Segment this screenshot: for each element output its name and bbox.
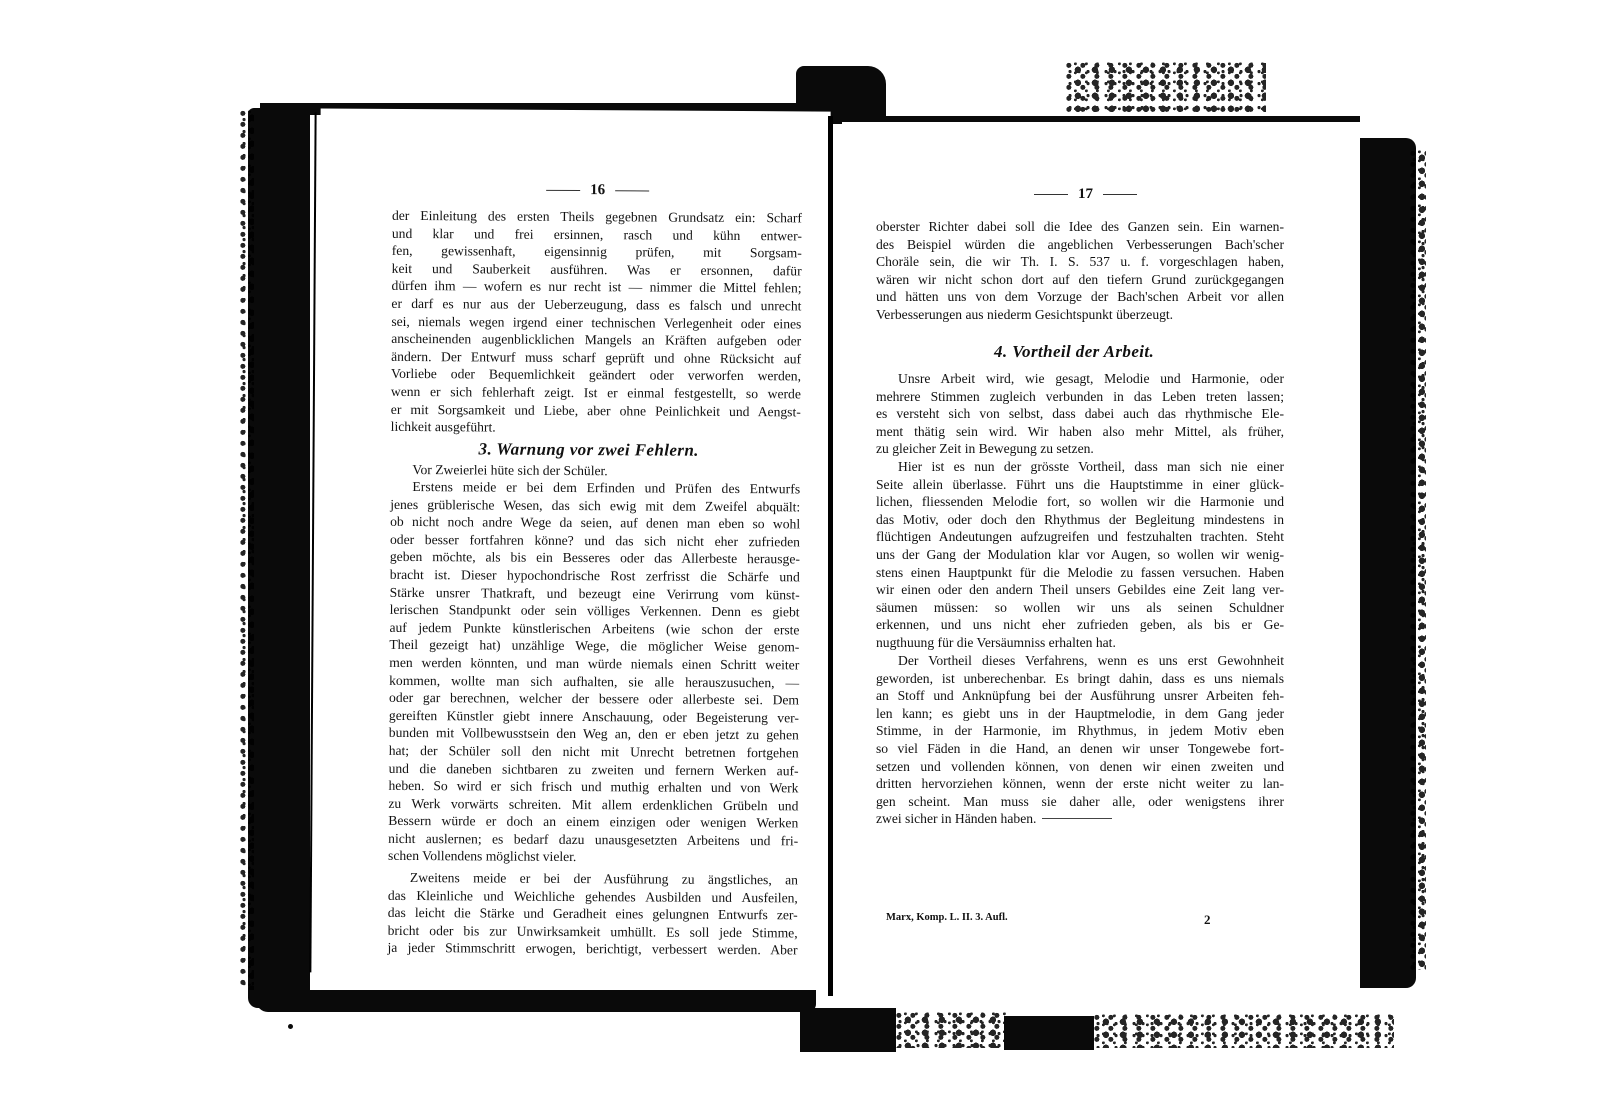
- text-line: zu gleicher Zeit in Bewegung zu setzen.: [876, 440, 1284, 458]
- text-line: Verbesserungen aus niederm Gesichtspunkt…: [876, 306, 1284, 324]
- scan-border-right: [1360, 138, 1416, 988]
- right-paragraph-1: oberster Richter dabei soll die Idee des…: [876, 218, 1284, 324]
- text-line: Zweitens meide er bei der Ausführung zu …: [388, 869, 798, 889]
- text-line: mehrere Stimmen zugleich verbunden in da…: [876, 388, 1284, 406]
- scan-border-bottom-right: [800, 1008, 896, 1052]
- text-line: säumen müssen: so wollen wir uns als sei…: [876, 599, 1284, 617]
- page-number-left: 16: [546, 182, 649, 200]
- text-line: des Beispiel würden die angeblichen Verb…: [876, 236, 1284, 254]
- dash-decoration: [1034, 194, 1068, 195]
- text-line: oberster Richter dabei soll die Idee des…: [876, 218, 1284, 236]
- footer-sheet-number: 2: [1204, 912, 1211, 928]
- text-line: Choräle sein, die wir Th. I. S. 537 u. f…: [876, 253, 1284, 271]
- book-gutter: [828, 116, 833, 996]
- text-line: Stimme, in der Harmonie, im Rhythmus, in…: [876, 722, 1284, 740]
- text-line: setzen und vollenden können, von denen w…: [876, 758, 1284, 776]
- text-line: oder gar berechnen, welcher der bessere …: [389, 689, 799, 709]
- scan-border-bottom-right-2: [1004, 1016, 1094, 1050]
- left-paragraph-4: Zweitens meide er bei der Ausführung zu …: [387, 869, 798, 959]
- scan-noise-bottom-right-2: [1094, 1014, 1394, 1048]
- text-line: schen Vollendens möglichst vieler.: [388, 847, 798, 867]
- page-number-16: 16: [590, 182, 605, 199]
- text-line: anscheinenden augenblicklichen Mangels a…: [391, 330, 801, 350]
- text-line: Bessern würde er doch an einem einzigen …: [388, 812, 798, 832]
- text-line: dritten hervorziehen können, wenn der er…: [876, 775, 1284, 793]
- section-heading-3: 3. Warnung vor zwei Fehlern.: [479, 439, 699, 460]
- dash-decoration: [615, 190, 649, 191]
- section-end-rule: [1042, 818, 1112, 819]
- text-line: wären wir nicht schon dort auf den tiefe…: [876, 271, 1284, 289]
- text-line: flüchtigen Andeutungen aufzugreifen und …: [876, 528, 1284, 546]
- text-line: zwei sicher in Händen haben.: [876, 810, 1284, 828]
- scan-border-left: [248, 108, 310, 1008]
- scan-border-bottom-left: [256, 990, 816, 1012]
- text-line: das Motiv, oder doch den Rhythmus der Be…: [876, 511, 1284, 529]
- left-paragraph-1: der Einleitung des ersten Theils gegebne…: [391, 207, 802, 438]
- text-line: so viel Fäden in die Hand, an denen wir …: [876, 740, 1284, 758]
- text-line: und hätten uns von dem Vorzuge der Bach'…: [876, 288, 1284, 306]
- text-line: lichkeit ausgeführt.: [391, 418, 801, 438]
- text-line: ment thätig sein wird. Wir haben also me…: [876, 423, 1284, 441]
- dash-decoration: [1103, 194, 1137, 195]
- text-line: ob nicht noch andre Wege da seien, auf d…: [390, 513, 800, 533]
- text-line: stens einen Hauptpunkt für die Melodie z…: [876, 564, 1284, 582]
- text-line: Hier ist es nun der grösste Vortheil, da…: [876, 458, 1284, 476]
- text-line: men werden könnten, und man würde niemal…: [389, 654, 799, 674]
- text-line: wir einen oder den andern Theil unsers G…: [876, 581, 1284, 599]
- scan-noise-top-right: [1066, 62, 1266, 120]
- text-line: lichen, fliessenden Melodie fort, so wol…: [876, 493, 1284, 511]
- text-line: heben. So wird er sich frisch und muthig…: [388, 777, 798, 797]
- right-paragraph-3: Hier ist es nun der grösste Vortheil, da…: [876, 458, 1284, 652]
- page-number-17: 17: [1078, 186, 1093, 203]
- text-line: ja jeder Stimmschritt erwogen, berichtig…: [387, 939, 797, 959]
- text-line: uns der Gang der Modulation klar vor Aug…: [876, 546, 1284, 564]
- text-line: nugthuung für die Versäumniss erhalten h…: [876, 634, 1284, 652]
- text-line: an Stoff und Anknüpfung bei der Ausführu…: [876, 687, 1284, 705]
- dash-decoration: [546, 190, 580, 191]
- text-line: Der Vortheil dieses Verfahrens, wenn es …: [876, 652, 1284, 670]
- text-line: bracht ist. Dieser hypochondrische Rost …: [390, 566, 800, 586]
- text-line: Seite allein überlasse. Führt uns die Ha…: [876, 476, 1284, 494]
- text-line: er darf es nur aus der Ueberzeugung, das…: [391, 295, 801, 315]
- scan-noise-right: [1410, 150, 1426, 970]
- text-line: Unsre Arbeit wird, wie gesagt, Melodie u…: [876, 370, 1284, 388]
- scan-noise-left: [240, 110, 254, 990]
- section-heading-4: 4. Vortheil der Arbeit.: [994, 342, 1154, 362]
- right-paragraph-2: Unsre Arbeit wird, wie gesagt, Melodie u…: [876, 370, 1284, 458]
- text-line: der Einleitung des ersten Theils gegebne…: [392, 207, 802, 227]
- left-paragraph-3: Erstens meide er bei dem Erfinden und Pr…: [388, 478, 800, 868]
- text-line: das leicht die Stärke und Geradheit eine…: [388, 904, 798, 924]
- scan-noise-bottom-right: [896, 1012, 1006, 1048]
- text-line: erkennen, und uns nicht eher zufrieden g…: [876, 616, 1284, 634]
- text-line: len kann; es giebt uns in der Hauptmelod…: [876, 705, 1284, 723]
- text-line: Erstens meide er bei dem Erfinden und Pr…: [390, 478, 800, 498]
- text-line: geworden, ist unberechenbar. Es bringt d…: [876, 670, 1284, 688]
- scan-dot: [288, 1024, 293, 1029]
- text-line: es versteht sich von selbst, dass dabei …: [876, 405, 1284, 423]
- scanned-book-spread: 16 der Einleitung des ersten Theils gege…: [0, 0, 1600, 1108]
- text-line: hat; der Schüler soll den nicht mit Unre…: [389, 742, 799, 762]
- text-line: lerischen Standpunkt oder sein völliges …: [390, 601, 800, 621]
- page-number-right: 17: [1034, 186, 1137, 203]
- right-page: 17 oberster Richter dabei soll die Idee …: [842, 122, 1360, 986]
- left-page: 16 der Einleitung des ersten Theils gege…: [315, 108, 830, 977]
- text-line: fen, gewissenhaft, eigensinnig prüfen, m…: [392, 242, 802, 262]
- text-line: gen scheint. Man muss sie daher alle, od…: [876, 793, 1284, 811]
- footer-signature: Marx, Komp. L. II. 3. Aufl.: [886, 912, 1008, 923]
- right-paragraph-4: Der Vortheil dieses Verfahrens, wenn es …: [876, 652, 1284, 828]
- text-line: wenn er sich fehlerhaft zeigt. Ist er ei…: [391, 383, 801, 403]
- left-page-inner-rule: [309, 112, 316, 972]
